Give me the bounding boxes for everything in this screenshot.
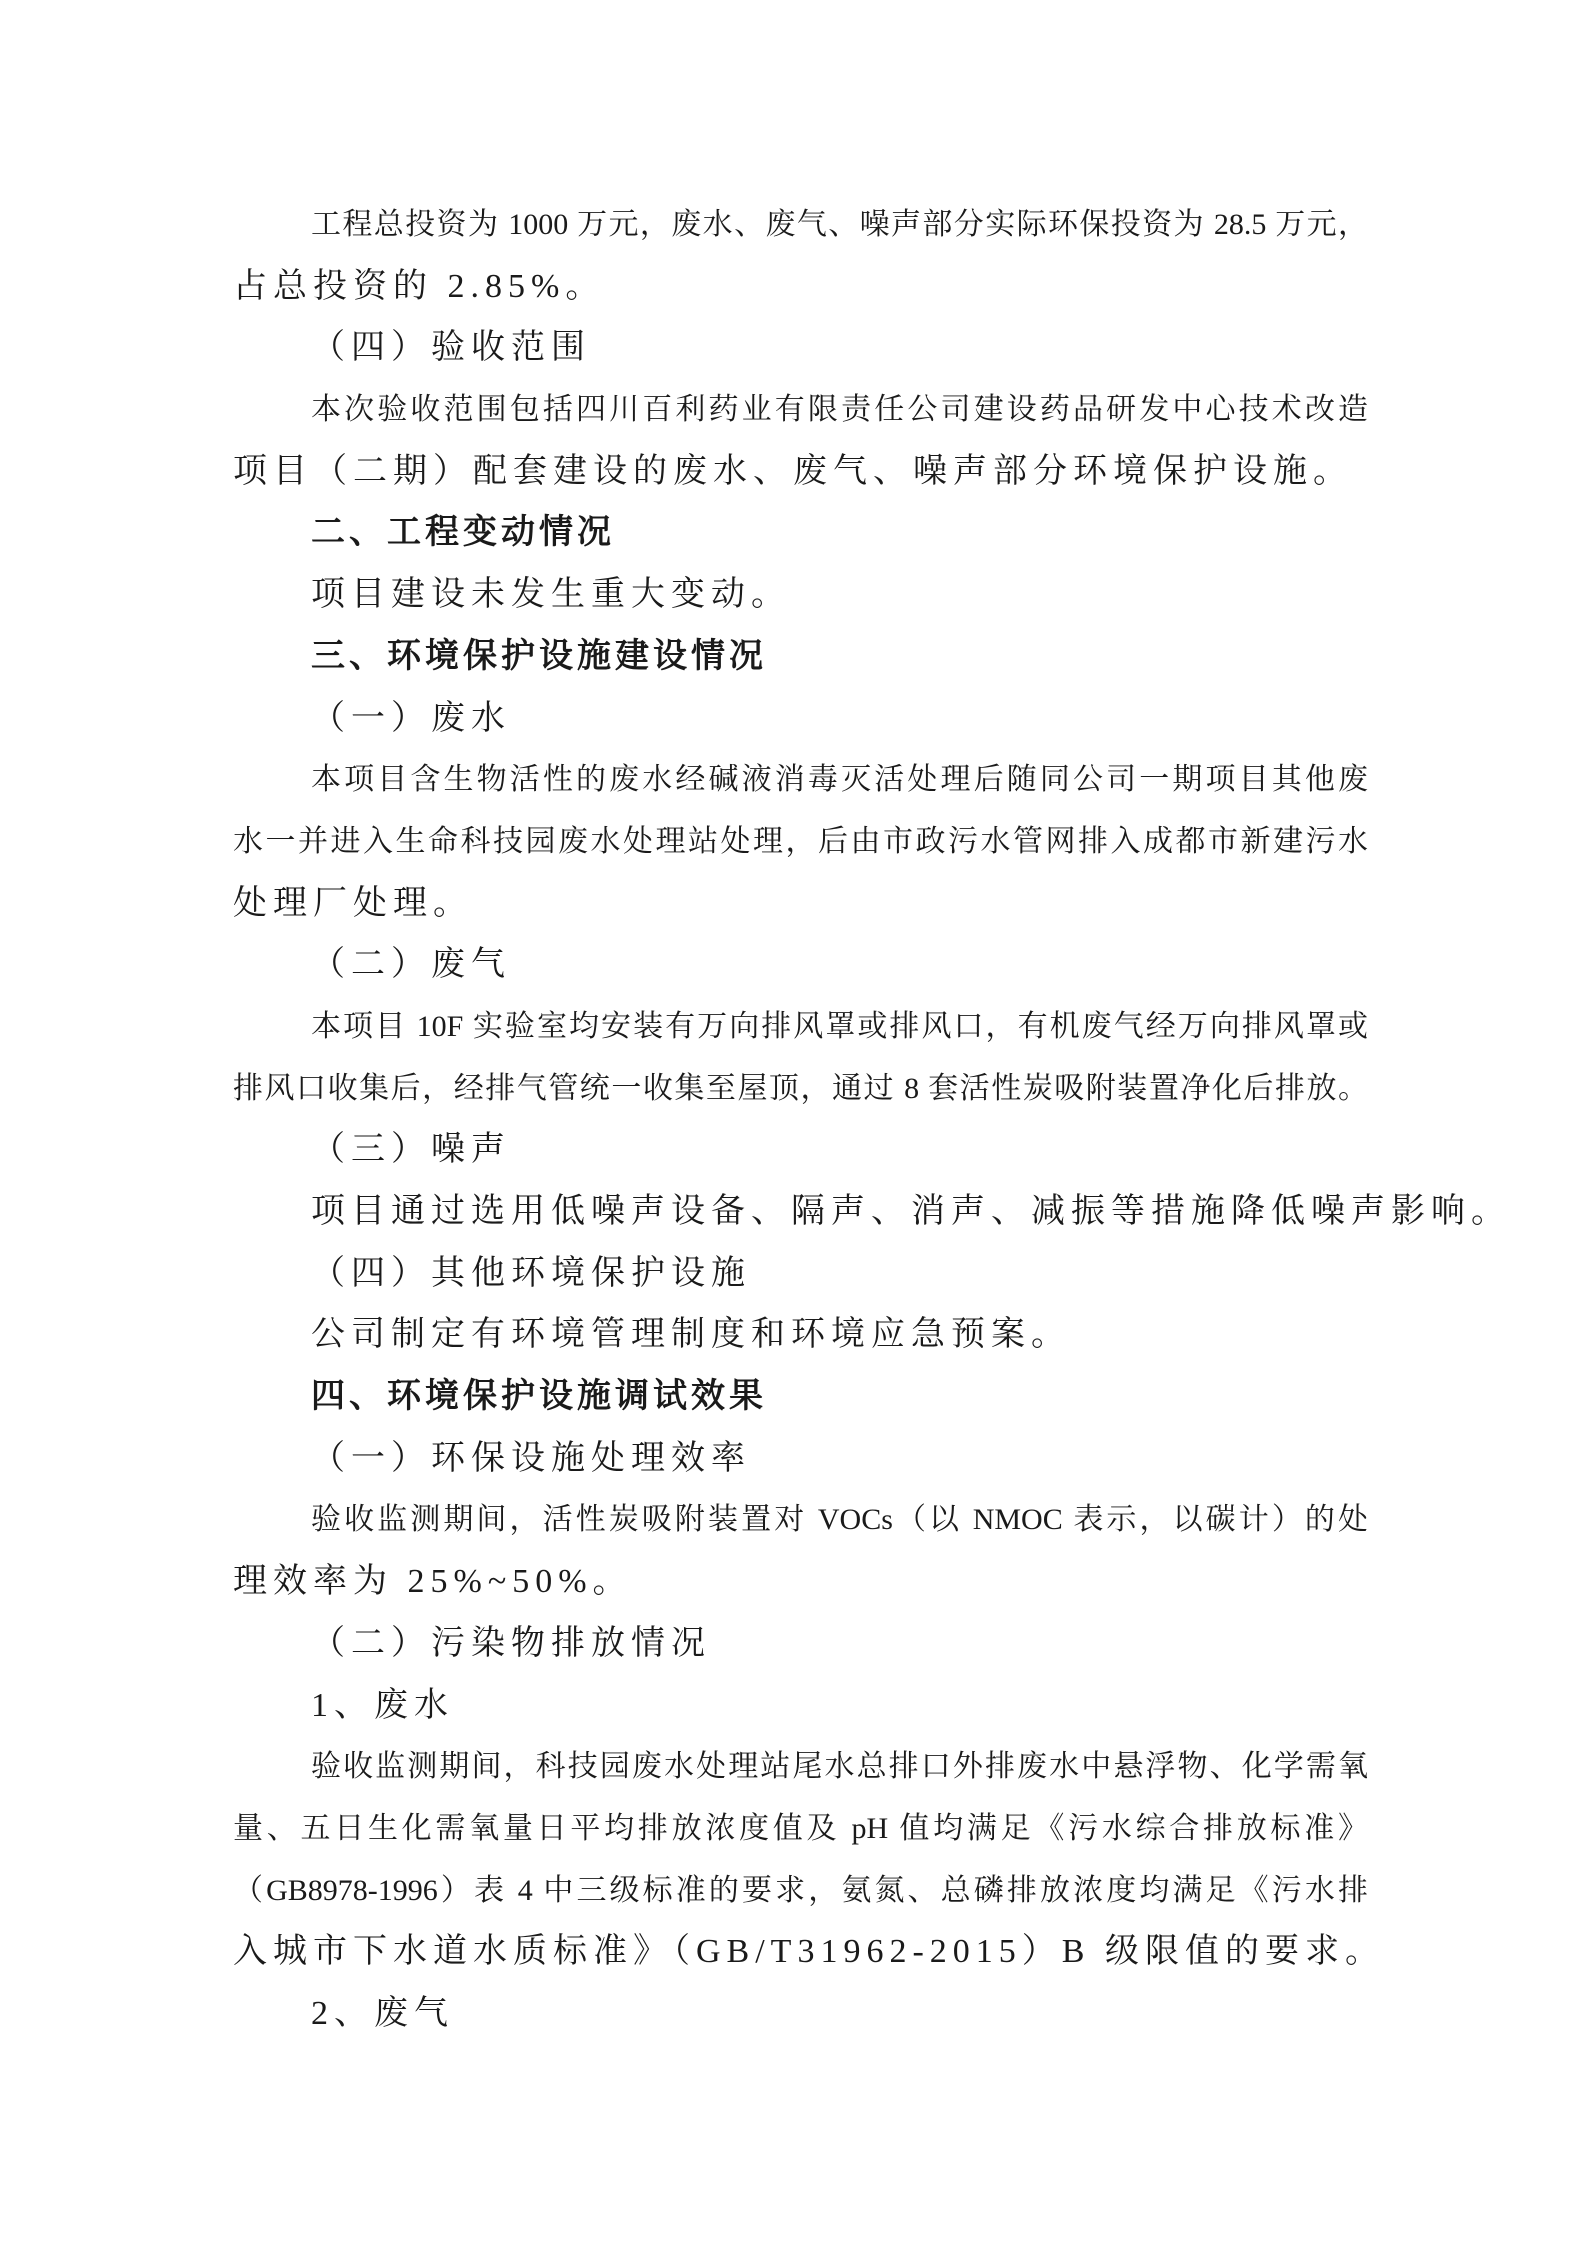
- sub-heading: （一）环保设施处理效率: [233, 1428, 1368, 1490]
- body-line: 本次验收范围包括四川百利药业有限责任公司建设药品研发中心技术改造: [233, 379, 1368, 441]
- body-line: 本项目含生物活性的废水经碱液消毒灭活处理后随同公司一期项目其他废: [233, 749, 1368, 811]
- body-line: 项目通过选用低噪声设备、隔声、消声、减振等措施降低噪声影响。: [233, 1181, 1368, 1243]
- sub-heading: （四）验收范围: [233, 317, 1368, 379]
- sub-heading: 2、废气: [233, 1983, 1368, 2045]
- body-line: 水一并进入生命科技园废水处理站处理，后由市政污水管网排入成都市新建污水: [233, 811, 1368, 873]
- body-line: 验收监测期间，科技园废水处理站尾水总排口外排废水中悬浮物、化学需氧: [233, 1736, 1368, 1798]
- sub-heading: （二）污染物排放情况: [233, 1613, 1368, 1675]
- body-line: 占总投资的 2.85%。: [233, 256, 1368, 318]
- body-line: 量、五日生化需氧量日平均排放浓度值及 pH 值均满足《污水综合排放标准》: [233, 1798, 1368, 1860]
- body-line: 项目（二期）配套建设的废水、废气、噪声部分环境保护设施。: [233, 441, 1368, 503]
- sub-heading: （二）废气: [233, 934, 1368, 996]
- body-line: 工程总投资为 1000 万元，废水、废气、噪声部分实际环保投资为 28.5 万元…: [233, 194, 1368, 256]
- sub-heading: 1、废水: [233, 1675, 1368, 1737]
- document-page: 工程总投资为 1000 万元，废水、废气、噪声部分实际环保投资为 28.5 万元…: [0, 0, 1587, 2245]
- body-line: 验收监测期间，活性炭吸附装置对 VOCs（以 NMOC 表示，以碳计）的处: [233, 1489, 1368, 1551]
- body-line: 理效率为 25%~50%。: [233, 1551, 1368, 1613]
- body-line: （GB8978-1996）表 4 中三级标准的要求，氨氮、总磷排放浓度均满足《污…: [233, 1860, 1368, 1922]
- section-heading: 二、工程变动情况: [233, 502, 1368, 564]
- document-text-block: 工程总投资为 1000 万元，废水、废气、噪声部分实际环保投资为 28.5 万元…: [233, 194, 1368, 2045]
- sub-heading: （一）废水: [233, 688, 1368, 750]
- body-line: 项目建设未发生重大变动。: [233, 564, 1368, 626]
- sub-heading: （三）噪声: [233, 1119, 1368, 1181]
- sub-heading: （四）其他环境保护设施: [233, 1243, 1368, 1305]
- section-heading: 四、环境保护设施调试效果: [233, 1366, 1368, 1428]
- section-heading: 三、环境保护设施建设情况: [233, 626, 1368, 688]
- body-line: 入城市下水道水质标准》（GB/T31962-2015）B 级限值的要求。: [233, 1921, 1368, 1983]
- body-line: 排风口收集后，经排气管统一收集至屋顶，通过 8 套活性炭吸附装置净化后排放。: [233, 1058, 1368, 1120]
- body-line: 公司制定有环境管理制度和环境应急预案。: [233, 1304, 1368, 1366]
- body-line: 处理厂处理。: [233, 873, 1368, 935]
- body-line: 本项目 10F 实验室均安装有万向排风罩或排风口，有机废气经万向排风罩或: [233, 996, 1368, 1058]
